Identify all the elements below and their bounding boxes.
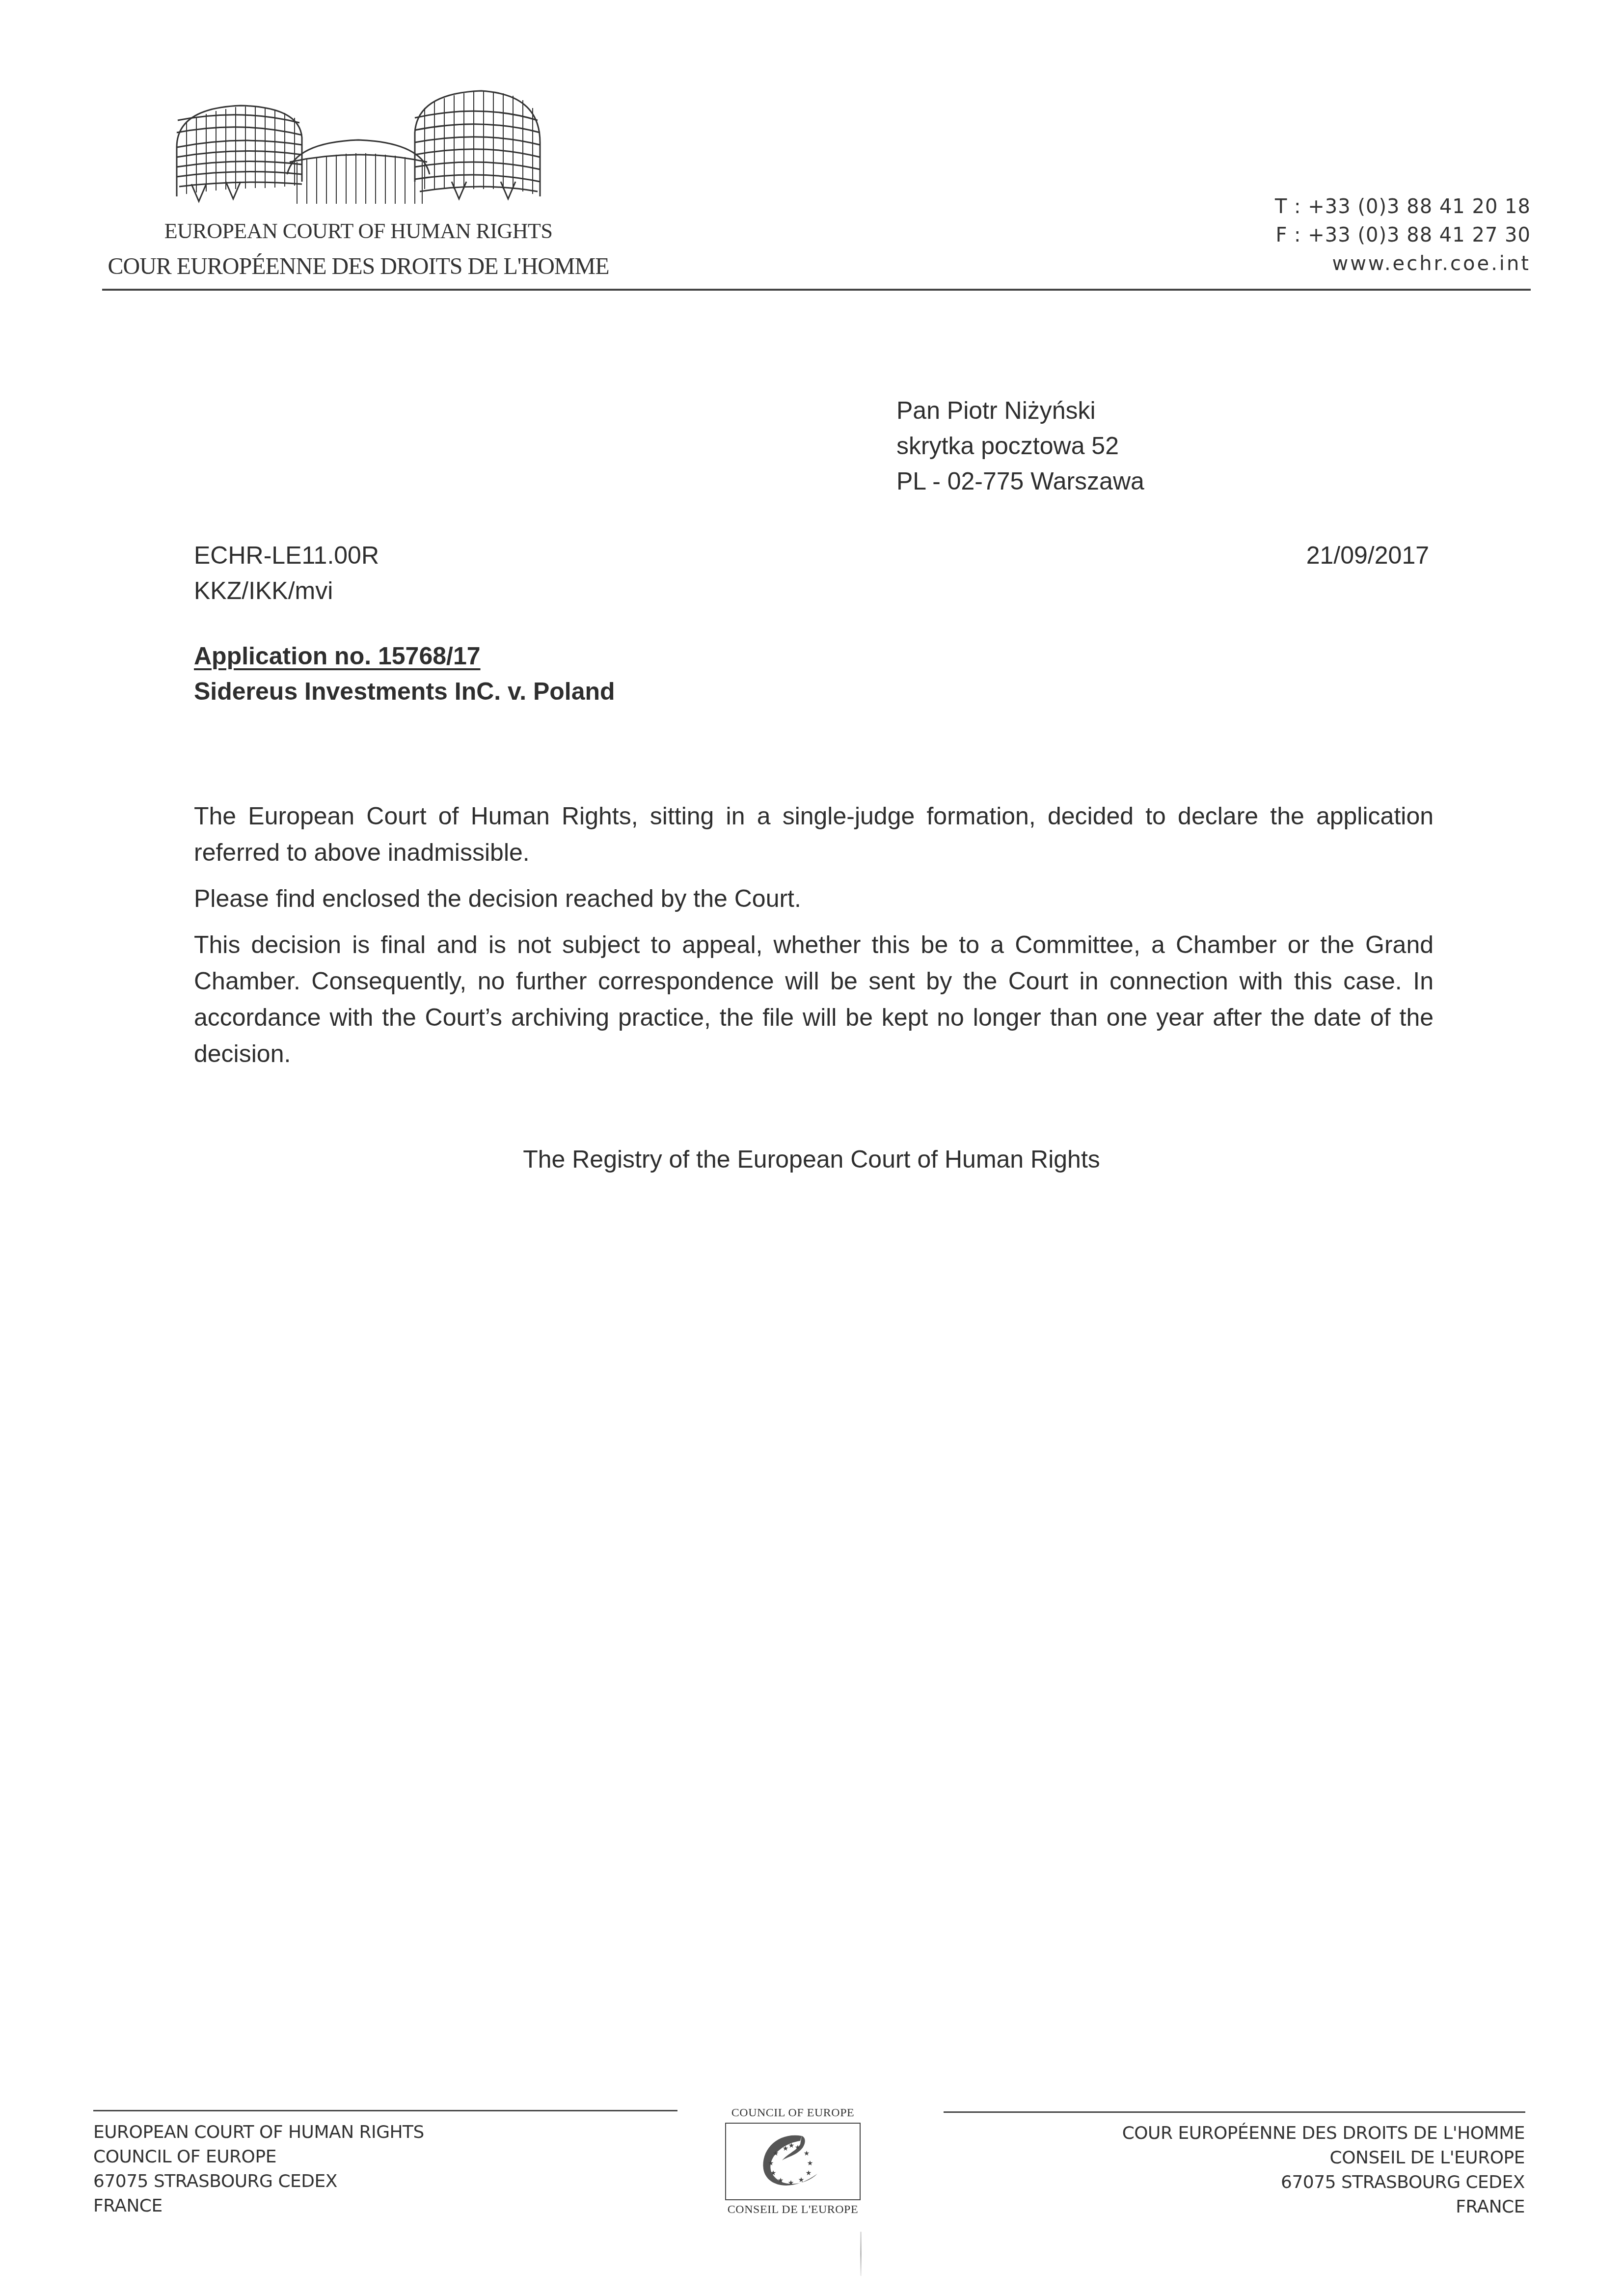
reference-code: ECHR-LE11.00R: [194, 538, 379, 573]
footer-left-line1: EUROPEAN COURT OF HUMAN RIGHTS: [93, 2120, 424, 2145]
svg-text:★: ★: [804, 2150, 810, 2158]
application-block: Application no. 15768/17 Sidereus Invest…: [194, 638, 615, 709]
svg-text:★: ★: [788, 2179, 794, 2187]
footer-address-french: COUR EUROPÉENNE DES DROITS DE L'HOMME CO…: [1122, 2121, 1525, 2219]
svg-text:★: ★: [778, 2177, 784, 2185]
reference-initials: KKZ/IKK/mvi: [194, 573, 379, 608]
court-name-french: COUR EUROPÉENNE DES DROITS DE L'HOMME: [88, 253, 628, 280]
footer-divider-right: [944, 2111, 1525, 2113]
application-number: Application no. 15768/17: [194, 638, 615, 674]
fax-number: F : +33 (0)3 88 41 27 30: [1275, 221, 1531, 249]
phone-number: T : +33 (0)3 88 41 20 18: [1275, 192, 1531, 221]
court-building-icon: [167, 88, 550, 206]
footer-left-line4: FRANCE: [93, 2194, 424, 2218]
letter-date: 21/09/2017: [1306, 538, 1429, 573]
council-of-europe-logo-icon: ★★★ ★★★ ★★★ ★★★: [725, 2123, 861, 2200]
svg-text:★: ★: [770, 2169, 777, 2177]
coe-caption-bottom: CONSEIL DE L'EUROPE: [722, 2203, 864, 2216]
header-divider: [102, 289, 1531, 291]
court-name-english: EUROPEAN COURT OF HUMAN RIGHTS: [88, 219, 628, 244]
paragraph-decision: The European Court of Human Rights, sitt…: [194, 798, 1434, 871]
footer-left-line3: 67075 STRASBOURG CEDEX: [93, 2169, 424, 2194]
footer-right-line4: FRANCE: [1122, 2195, 1525, 2219]
footer-right-line2: CONSEIL DE L'EUROPE: [1122, 2146, 1525, 2170]
svg-text:★: ★: [798, 2176, 805, 2184]
svg-text:★: ★: [788, 2142, 795, 2150]
recipient-address: Pan Piotr Niżyński skrytka pocztowa 52 P…: [896, 393, 1144, 499]
council-of-europe-logo: COUNCIL OF EUROPE ★★★ ★★★ ★★★ ★★★ CONSEI…: [722, 2106, 864, 2216]
letter-body: The European Court of Human Rights, sitt…: [194, 798, 1434, 1082]
scan-artifact: [860, 2232, 862, 2276]
footer-divider-left: [93, 2110, 677, 2111]
svg-text:★: ★: [795, 2144, 801, 2152]
signature-line: The Registry of the European Court of Hu…: [0, 1142, 1623, 1177]
paragraph-finality: This decision is final and is not subjec…: [194, 927, 1434, 1072]
footer-right-line1: COUR EUROPÉENNE DES DROITS DE L'HOMME: [1122, 2121, 1525, 2146]
paragraph-enclosure: Please find enclosed the decision reache…: [194, 880, 1434, 917]
svg-text:★: ★: [807, 2159, 813, 2167]
coe-caption-top: COUNCIL OF EUROPE: [722, 2106, 864, 2120]
reference-block: ECHR-LE11.00R KKZ/IKK/mvi: [194, 538, 379, 608]
svg-text:★: ★: [783, 2145, 789, 2153]
svg-text:★: ★: [806, 2169, 812, 2177]
footer-address-english: EUROPEAN COURT OF HUMAN RIGHTS COUNCIL O…: [93, 2120, 424, 2218]
contact-block: T : +33 (0)3 88 41 20 18 F : +33 (0)3 88…: [1275, 192, 1531, 278]
footer-left-line2: COUNCIL OF EUROPE: [93, 2145, 424, 2169]
svg-text:★: ★: [768, 2159, 774, 2167]
website-link[interactable]: www.echr.coe.int: [1275, 249, 1531, 278]
recipient-name: Pan Piotr Niżyński: [896, 393, 1144, 428]
recipient-address-line2: PL - 02-775 Warszawa: [896, 464, 1144, 499]
footer-right-line3: 67075 STRASBOURG CEDEX: [1122, 2170, 1525, 2195]
svg-text:★: ★: [773, 2150, 779, 2158]
case-title: Sidereus Investments InC. v. Poland: [194, 674, 615, 709]
recipient-address-line1: skrytka pocztowa 52: [896, 428, 1144, 464]
